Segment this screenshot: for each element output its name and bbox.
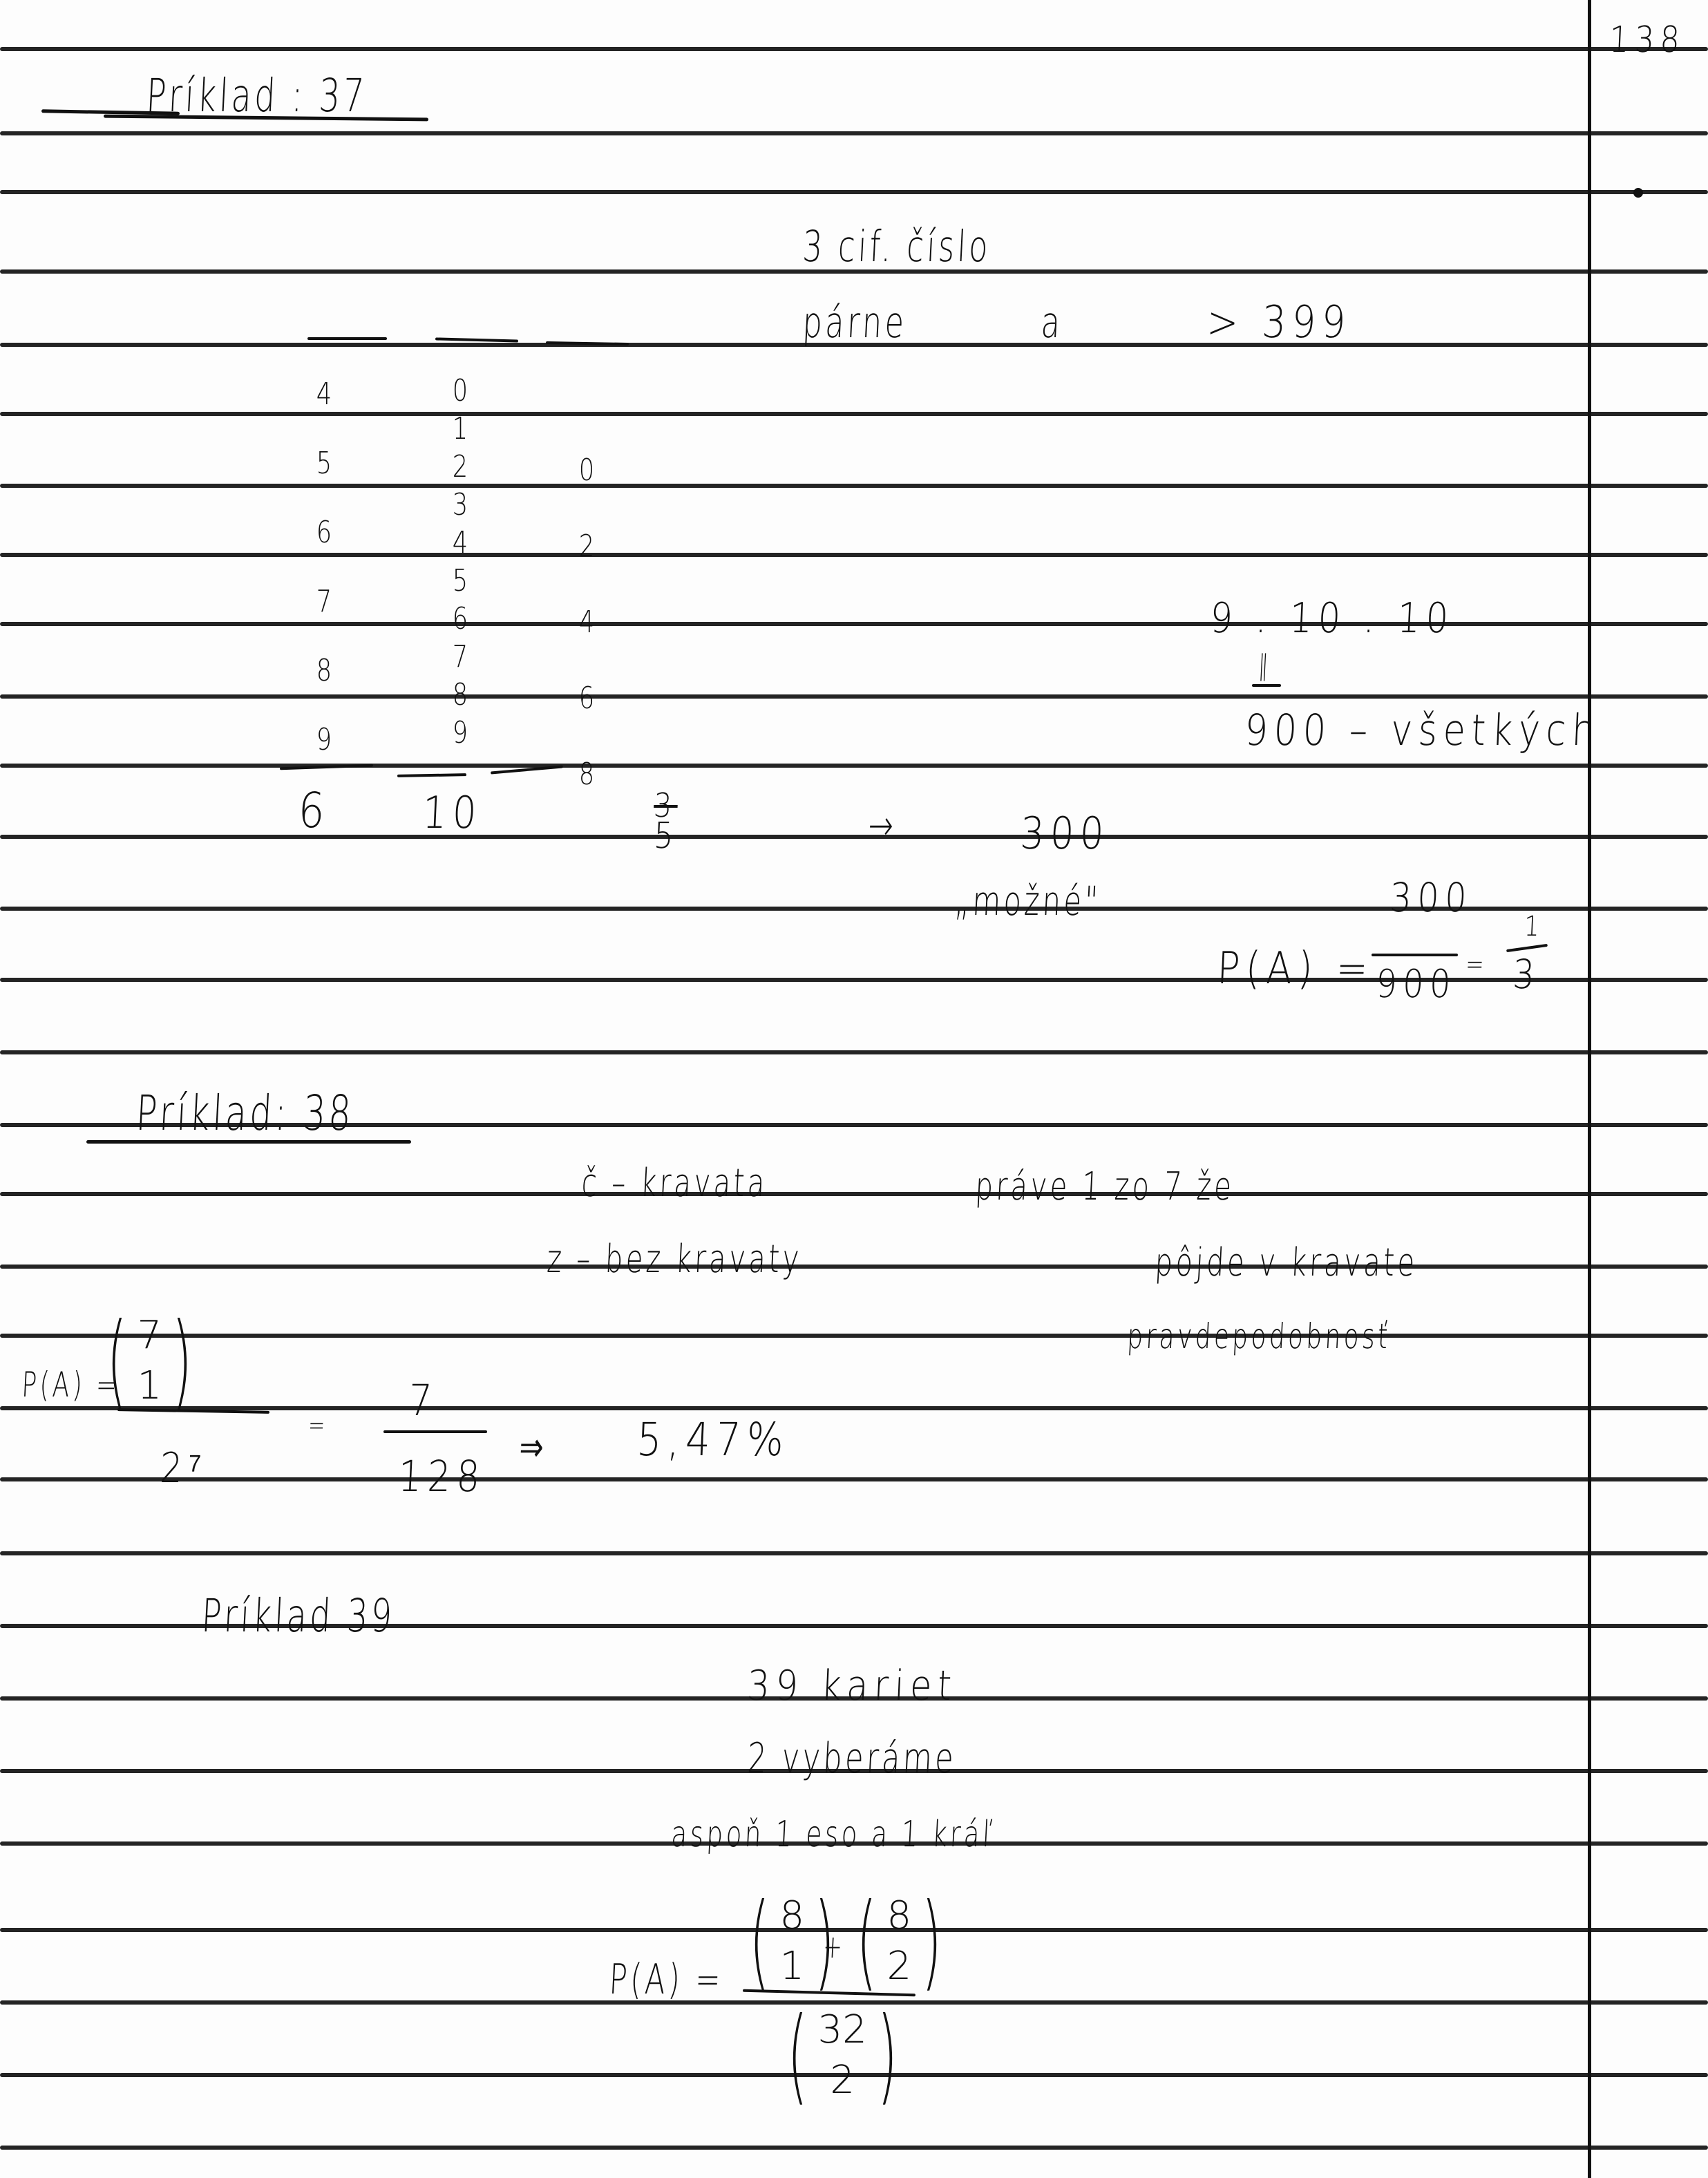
- units-digit: 0: [579, 453, 594, 488]
- binom-top: 8: [780, 1891, 805, 1942]
- description-line-3: pravdepodobnosť: [1126, 1316, 1392, 1356]
- ruled-line: [0, 131, 1708, 135]
- tens-digit: 3: [453, 487, 468, 522]
- total-expression: 9 . 10 . 10: [1209, 594, 1455, 643]
- ruled-line: [0, 694, 1708, 699]
- arrow: →: [867, 802, 898, 850]
- tens-digit: 4: [453, 525, 468, 560]
- result-percent: 5,47%: [636, 1413, 790, 1466]
- tens-digit: 1: [453, 411, 468, 446]
- binom-top: 32: [818, 2005, 867, 2056]
- hundreds-digit: 8: [316, 653, 332, 688]
- ruled-line: [0, 1265, 1708, 1269]
- ruled-line: [0, 1334, 1708, 1338]
- description-line-2: pôjde v kravate: [1154, 1240, 1418, 1285]
- digit-slot: [435, 337, 518, 342]
- result-simplified-denominator: 3: [1512, 951, 1541, 998]
- tens-digit: 6: [453, 601, 468, 636]
- ruled-line: [0, 1050, 1708, 1054]
- ruled-line: [0, 553, 1708, 557]
- margin-line: [1588, 0, 1591, 2178]
- condition-cards: 39 kariet: [746, 1662, 958, 1710]
- total-label: 900 – všetkých: [1244, 705, 1602, 755]
- result-numerator: 300: [1389, 874, 1474, 921]
- units-digit: 2: [579, 529, 594, 564]
- hundreds-digit: 7: [316, 584, 332, 619]
- probability-lhs: P(A) =: [608, 1956, 725, 2004]
- binom-top: 7: [137, 1311, 162, 1361]
- binomial-7-1: ( 7 1 ): [97, 1309, 202, 1413]
- description-line-1: práve 1 zo 7 že: [974, 1164, 1235, 1209]
- legend-no-tie: z – bez kravaty: [546, 1237, 803, 1282]
- page-number: 138: [1609, 19, 1687, 61]
- condition-greater: > 399: [1206, 297, 1353, 348]
- denominator: 2⁷: [159, 1444, 208, 1493]
- implies-arrow: ⇒: [518, 1423, 548, 1470]
- tens-count: 10: [421, 788, 484, 839]
- hundreds-count: 6: [297, 782, 332, 839]
- tens-digit: 9: [453, 715, 468, 750]
- result-simplified-numerator: 1: [1524, 911, 1546, 943]
- binom-top: 8: [887, 1891, 912, 1942]
- tens-digit: 5: [453, 563, 468, 598]
- result-equals: =: [1465, 947, 1488, 982]
- ink-dot: [1633, 188, 1643, 198]
- hundreds-digit: 9: [316, 722, 332, 757]
- favorable-label: „možné": [953, 878, 1102, 925]
- ruled-line: [0, 1551, 1708, 1555]
- ruled-line: [0, 484, 1708, 488]
- total-underline: [1252, 684, 1281, 687]
- hundreds-digit: 4: [316, 377, 332, 412]
- example-heading: Príklad 39: [200, 1589, 396, 1642]
- result-denominator: 900: [1375, 962, 1457, 1007]
- condition-and: a: [1040, 297, 1064, 348]
- result-lhs: P(A) =: [1216, 943, 1375, 994]
- hundreds-digit: 6: [316, 515, 332, 550]
- ruled-line: [0, 47, 1708, 51]
- ruled-line: [0, 1406, 1708, 1410]
- notebook-page: 138 Príklad : 37 3 cif. číslo párne a > …: [0, 0, 1708, 2178]
- binomial-8-2: ( 8 2 ): [846, 1890, 952, 1994]
- ruled-line: [0, 1192, 1708, 1196]
- tens-digit: 0: [453, 373, 468, 408]
- units-count-crossed: 3: [653, 786, 679, 825]
- binom-bottom: 2: [887, 1942, 912, 1992]
- binom-bottom: 2: [830, 2056, 855, 2106]
- equals: =: [307, 1410, 329, 1441]
- binom-bottom: 1: [780, 1942, 805, 1992]
- units-digit: 8: [579, 757, 594, 792]
- tens-digit: 7: [453, 639, 468, 674]
- ruled-line: [0, 835, 1708, 839]
- column-sum-bar: [397, 773, 466, 777]
- favorable-count: 300: [1019, 808, 1111, 860]
- plus-sign: +: [822, 1928, 846, 1965]
- fraction-bar: [383, 1430, 487, 1433]
- ruled-line: [0, 1477, 1708, 1481]
- total-equality-sign: ‖: [1258, 650, 1272, 681]
- condition-even: párne: [801, 297, 908, 348]
- ruled-line: [0, 2146, 1708, 2150]
- condition-ace-king: aspoň 1 eso a 1 kráľ: [670, 1814, 996, 1855]
- units-digit: 4: [579, 605, 594, 640]
- ruled-line: [0, 412, 1708, 416]
- example-heading: Príklad: 38: [135, 1085, 355, 1142]
- fraction-denominator: 128: [397, 1451, 486, 1502]
- heading-underline: [86, 1140, 411, 1144]
- ruled-line: [0, 764, 1708, 768]
- tens-digit: 8: [453, 677, 468, 712]
- hundreds-digit: 5: [316, 446, 332, 481]
- result-fraction-bar: [1372, 954, 1458, 956]
- digit-slot: [307, 337, 387, 340]
- condition-draw: 2 vyberáme: [746, 1734, 958, 1783]
- binomial-32-2: ( 32 2 ): [777, 2004, 907, 2108]
- condition-three-digit: 3 cif. číslo: [801, 221, 992, 272]
- ruled-line: [0, 190, 1708, 194]
- fraction-numerator: 7: [408, 1375, 439, 1426]
- units-digit: 6: [579, 681, 594, 716]
- legend-tie: č – kravata: [580, 1161, 768, 1206]
- binom-bottom: 1: [137, 1361, 162, 1412]
- tens-digit: 2: [453, 449, 468, 484]
